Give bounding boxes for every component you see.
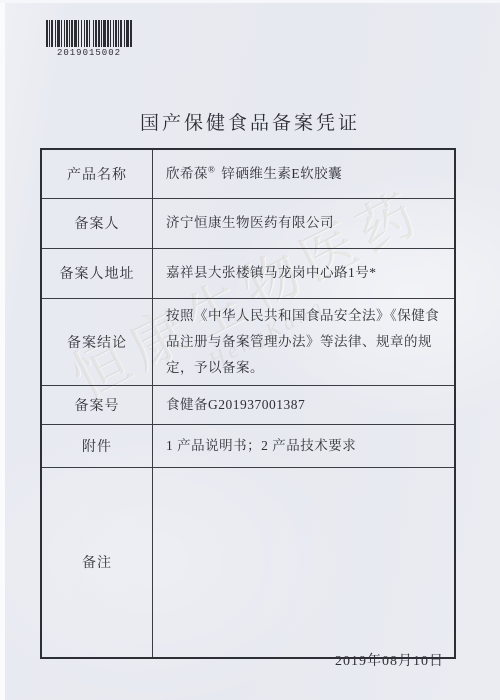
barcode-bars-icon [42, 20, 136, 47]
row-value: 济宁恒康生物医药有限公司 [153, 198, 456, 248]
row-value: 食健备G201937001387 [153, 385, 456, 424]
scan-edge-left [0, 0, 5, 700]
row-label: 附件 [41, 424, 153, 467]
row-label: 备案号 [41, 385, 153, 424]
row-value-product-name: 欣希葆®锌硒维生素E软胶囊 [153, 149, 456, 198]
barcode: 2019015002 [42, 20, 136, 58]
row-value: 按照《中华人民共和国食品安全法》《保健食品注册与备案管理办法》等法律、规章的规定… [153, 298, 456, 385]
row-value [153, 467, 456, 658]
table-row-attachments: 附件 1 产品说明书；2 产品技术要求 [41, 424, 455, 467]
row-label: 备注 [41, 467, 153, 658]
table-row-record-holder: 备案人 济宁恒康生物医药有限公司 [41, 198, 455, 248]
table-row-holder-address: 备案人地址 嘉祥县大张楼镇马龙岗中心路1号* [41, 248, 455, 298]
table-row-product-name: 产品名称 欣希葆®锌硒维生素E软胶囊 [41, 149, 455, 198]
scanned-certificate-page: 恒康生物医药 HengKang 2019015002 国产保健食品备案凭证 产品… [0, 0, 500, 700]
document-title: 国产保健食品备案凭证 [0, 108, 500, 135]
barcode-number: 2019015002 [42, 48, 136, 58]
table-row-record-number: 备案号 食健备G201937001387 [41, 385, 455, 424]
row-value: 1 产品说明书；2 产品技术要求 [153, 424, 456, 467]
product-brand: 欣希葆 [166, 166, 208, 181]
row-value: 嘉祥县大张楼镇马龙岗中心路1号* [153, 248, 456, 298]
certificate-table: 产品名称 欣希葆®锌硒维生素E软胶囊 备案人 济宁恒康生物医药有限公司 备案人地… [40, 148, 456, 659]
scan-edge-top [0, 0, 500, 3]
row-label: 备案人地址 [41, 248, 153, 298]
row-label: 备案结论 [41, 298, 153, 385]
product-name-rest: 锌硒维生素E软胶囊 [221, 166, 342, 181]
table-row-remarks: 备注 [41, 467, 455, 658]
table-row-record-conclusion: 备案结论 按照《中华人民共和国食品安全法》《保健食品注册与备案管理办法》等法律、… [41, 298, 455, 385]
registered-trademark-mark: ® [208, 164, 215, 174]
row-label: 备案人 [41, 198, 153, 248]
issue-date: 2019年08月10日 [335, 650, 444, 670]
row-label: 产品名称 [41, 149, 153, 198]
